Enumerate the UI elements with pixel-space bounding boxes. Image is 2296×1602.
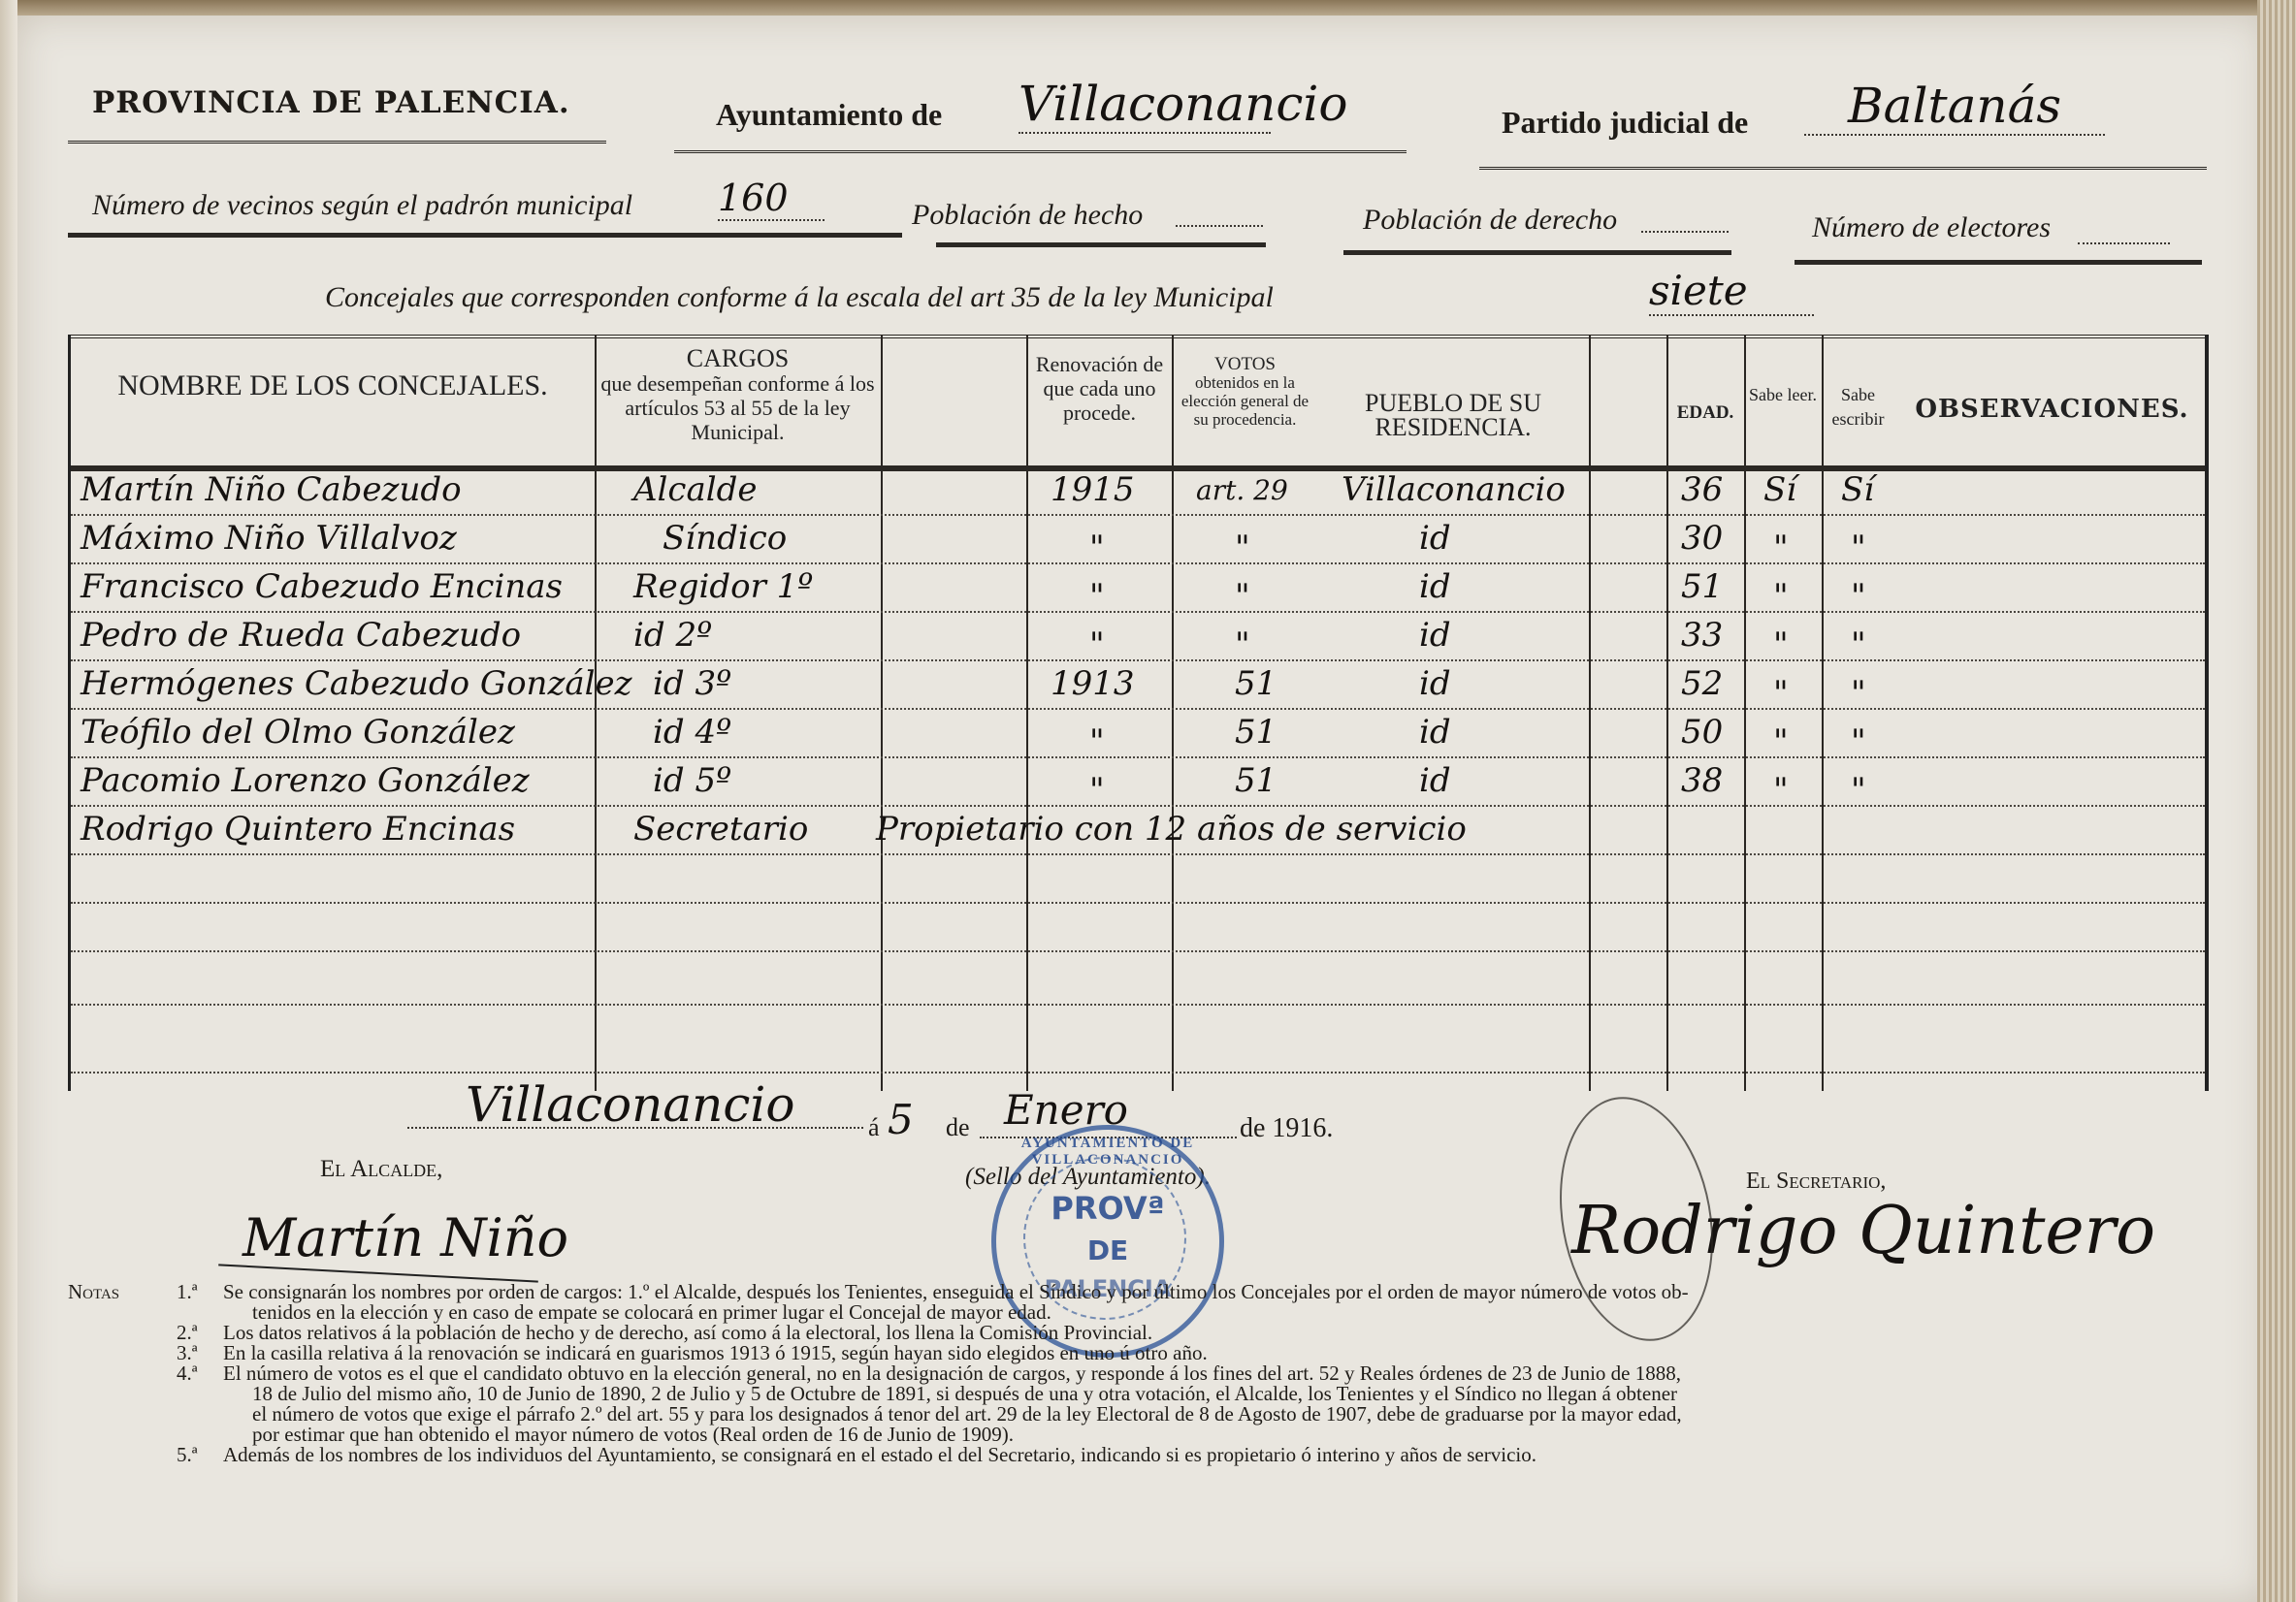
seal-line2: DE — [996, 1234, 1219, 1266]
cell-renovacion: " — [1089, 625, 1105, 664]
cell-sabe-escribir: " — [1851, 674, 1866, 713]
date-a: á — [868, 1113, 880, 1142]
column-divider — [1744, 335, 1746, 1091]
cell-sabe-leer: " — [1773, 625, 1789, 664]
cell-votos: " — [1235, 625, 1250, 664]
row-line — [71, 805, 2205, 807]
cell-renovacion: 1913 — [1051, 664, 1135, 703]
cell-pueblo: id — [1419, 519, 1451, 558]
cell-renovacion: " — [1089, 722, 1105, 761]
book-page-edges — [2257, 0, 2296, 1602]
divider — [674, 150, 1407, 153]
vecinos-label: Número de vecinos según el padrón munici… — [92, 189, 632, 222]
cell-edad: 51 — [1681, 567, 1723, 606]
column-divider — [1026, 335, 1028, 1091]
partido-label: Partido judicial de — [1502, 105, 1748, 141]
cell-votos: " — [1235, 577, 1250, 616]
column-divider — [1666, 335, 1668, 1091]
column-divider — [1172, 335, 1174, 1091]
partido-value: Baltanás — [1804, 78, 2105, 136]
cell-edad: 52 — [1681, 664, 1723, 703]
cell-sabe-leer: " — [1773, 771, 1789, 810]
divider — [1343, 250, 1731, 255]
row-line — [71, 611, 2205, 613]
cell-cargo: id 5º — [653, 761, 731, 800]
concejales-label: Concejales que corresponden conforme á l… — [325, 281, 1274, 314]
date-year: de 1916. — [1240, 1113, 1333, 1144]
note-line: En la casilla relativa á la renovación s… — [223, 1343, 2202, 1363]
cell-votos: 51 — [1235, 664, 1277, 703]
column-divider — [1822, 335, 1824, 1091]
note-line: 18 de Julio del mismo año, 10 de Junio d… — [223, 1384, 2202, 1404]
cell-nombre: Teófilo del Olmo González — [81, 713, 515, 752]
cell-cargo: id 2º — [633, 616, 712, 655]
cell-votos: 51 — [1235, 713, 1277, 752]
ayuntamiento-value: Villaconancio — [1019, 76, 1271, 134]
row-line — [71, 853, 2205, 855]
note-line: por estimar que han obtenido el mayor nú… — [223, 1425, 2202, 1445]
date-place: Villaconancio — [466, 1076, 794, 1133]
cell-edad: 50 — [1681, 713, 1723, 752]
vecinos-value: 160 — [718, 176, 825, 221]
note-3: 3.ª En la casilla relativa á la renovaci… — [68, 1343, 2202, 1363]
date-day: 5 — [888, 1096, 914, 1143]
cell-cargo: Secretario — [633, 810, 808, 849]
cell-cargo: id 4º — [653, 713, 731, 752]
cell-cargo: Alcalde — [633, 470, 758, 509]
cell-sabe-escribir: " — [1851, 722, 1866, 761]
cell-sabe-escribir: " — [1851, 625, 1866, 664]
column-divider — [881, 335, 883, 1091]
divider — [1479, 167, 2207, 170]
header-edad: EDAD. — [1666, 400, 1744, 425]
note-line: El número de votos es el que el candidat… — [223, 1363, 2202, 1384]
header-observaciones: OBSERVACIONES. — [1899, 398, 2205, 422]
cell-cargo: id 3º — [653, 664, 731, 703]
note-number: 3.ª — [177, 1343, 198, 1363]
concejales-value: siete — [1649, 267, 1814, 316]
row-line — [71, 950, 2205, 952]
header-sabe-leer: Sabe leer. — [1744, 383, 1822, 407]
row-line — [71, 1004, 2205, 1006]
note-1: Notas 1.ª Se consignarán los nombres por… — [68, 1282, 2202, 1323]
note-number: 5.ª — [177, 1445, 198, 1465]
table-top-border — [71, 335, 2205, 338]
cell-renovacion: 1915 — [1051, 470, 1135, 509]
ayuntamiento-label: Ayuntamiento de — [716, 97, 942, 133]
province-title: PROVINCIA DE PALENCIA. — [92, 85, 570, 120]
cell-sabe-escribir: Sí — [1841, 470, 1874, 509]
cell-renovacion-note: Propietario con 12 años de servicio — [876, 810, 1467, 849]
divider — [1795, 260, 2202, 265]
cell-nombre: Rodrigo Quintero Encinas — [81, 810, 515, 849]
divider — [68, 233, 902, 238]
cell-sabe-leer: " — [1773, 674, 1789, 713]
cell-nombre: Martín Niño Cabezudo — [81, 470, 462, 509]
row-line — [71, 659, 2205, 661]
cell-nombre: Francisco Cabezudo Encinas — [81, 567, 563, 606]
cell-votos: art. 29 — [1196, 474, 1288, 506]
note-line: tenidos en la elección y en caso de empa… — [223, 1302, 2202, 1323]
cell-edad: 30 — [1681, 519, 1723, 558]
cell-renovacion: " — [1089, 771, 1105, 810]
cell-votos: 51 — [1235, 761, 1277, 800]
cell-sabe-escribir: " — [1851, 529, 1866, 567]
row-line — [71, 708, 2205, 710]
note-2: 2.ª Los datos relativos á la población d… — [68, 1323, 2202, 1343]
cell-sabe-leer: " — [1773, 577, 1789, 616]
cell-edad: 33 — [1681, 616, 1723, 655]
cell-votos: " — [1235, 529, 1250, 567]
seal-line1: PROVª — [996, 1190, 1219, 1227]
cell-cargo: Regidor 1º — [633, 567, 813, 606]
header-nombre: NOMBRE DE LOS CONCEJALES. — [71, 373, 595, 398]
cell-renovacion: " — [1089, 577, 1105, 616]
poblacion-derecho-value — [1641, 221, 1729, 233]
note-line: el número de votos que exige el párrafo … — [223, 1404, 2202, 1425]
electores-label: Número de electores — [1812, 211, 2051, 244]
note-4: 4.ª El número de votos es el que el cand… — [68, 1363, 2202, 1445]
divider — [936, 242, 1266, 247]
note-number: 4.ª — [177, 1363, 198, 1384]
notes-section: Notas 1.ª Se consignarán los nombres por… — [68, 1282, 2202, 1465]
header-cargos-sub: que desempeñan conforme á los artículos … — [599, 371, 876, 444]
note-line: Los datos relativos á la población de he… — [223, 1323, 2202, 1343]
note-number: 2.ª — [177, 1323, 198, 1343]
cell-pueblo: id — [1419, 567, 1451, 606]
row-line — [71, 514, 2205, 516]
seal-ring-text: AYUNTAMIENTO DE VILLACONANCIO — [996, 1136, 1219, 1169]
poblacion-derecho-label: Población de derecho — [1363, 204, 1617, 237]
divider — [68, 141, 606, 144]
cell-pueblo: Villaconancio — [1342, 470, 1566, 509]
electores-value — [2078, 233, 2170, 244]
cell-sabe-leer: Sí — [1763, 470, 1796, 509]
header-cargos: CARGOS — [595, 346, 881, 370]
cell-cargo: Síndico — [663, 519, 787, 558]
header-renovacion: Renovación de que cada uno procede. — [1029, 352, 1170, 425]
poblacion-hecho-label: Población de hecho — [912, 199, 1143, 232]
note-number: 1.ª — [177, 1282, 198, 1302]
cell-sabe-leer: " — [1773, 722, 1789, 761]
notes-label: Notas — [68, 1282, 119, 1302]
cell-nombre: Máximo Niño Villalvoz — [81, 519, 457, 558]
cell-renovacion: " — [1089, 529, 1105, 567]
header-votos-sub: obtenidos en la elección general de su p… — [1175, 373, 1315, 429]
note-line: Además de los nombres de los individuos … — [223, 1445, 2202, 1465]
alcalde-signature: Martín Niño — [243, 1207, 568, 1268]
secretario-label: El Secretario, — [1746, 1169, 1886, 1195]
cell-sabe-escribir: " — [1851, 577, 1866, 616]
row-line — [71, 902, 2205, 904]
alcalde-label: El Alcalde, — [320, 1156, 442, 1183]
cell-sabe-escribir: " — [1851, 771, 1866, 810]
row-line — [71, 1072, 2205, 1073]
cell-pueblo: id — [1419, 664, 1451, 703]
cell-nombre: Hermógenes Cabezudo González — [81, 664, 632, 703]
cell-edad: 38 — [1681, 761, 1723, 800]
cell-nombre: Pacomio Lorenzo González — [81, 761, 530, 800]
poblacion-hecho-value — [1176, 215, 1263, 227]
book-spine — [0, 0, 17, 1602]
note-5: 5.ª Además de los nombres de los individ… — [68, 1445, 2202, 1465]
cell-nombre: Pedro de Rueda Cabezudo — [81, 616, 521, 655]
header-sabe-escribir: Sabe escribir — [1822, 383, 1894, 432]
concejales-table: NOMBRE DE LOS CONCEJALES. CARGOS que des… — [68, 335, 2209, 1091]
column-divider — [1589, 335, 1591, 1091]
header-pueblo: PUEBLO DE SU RESIDENCIA. — [1317, 391, 1589, 439]
note-line: Se consignarán los nombres por orden de … — [223, 1282, 2202, 1302]
cell-pueblo: id — [1419, 713, 1451, 752]
column-divider — [595, 335, 597, 1091]
date-de: de — [946, 1113, 970, 1142]
cell-sabe-leer: " — [1773, 529, 1789, 567]
cell-pueblo: id — [1419, 761, 1451, 800]
row-line — [71, 562, 2205, 564]
cell-edad: 36 — [1681, 470, 1723, 509]
cell-pueblo: id — [1419, 616, 1451, 655]
row-line — [71, 756, 2205, 758]
